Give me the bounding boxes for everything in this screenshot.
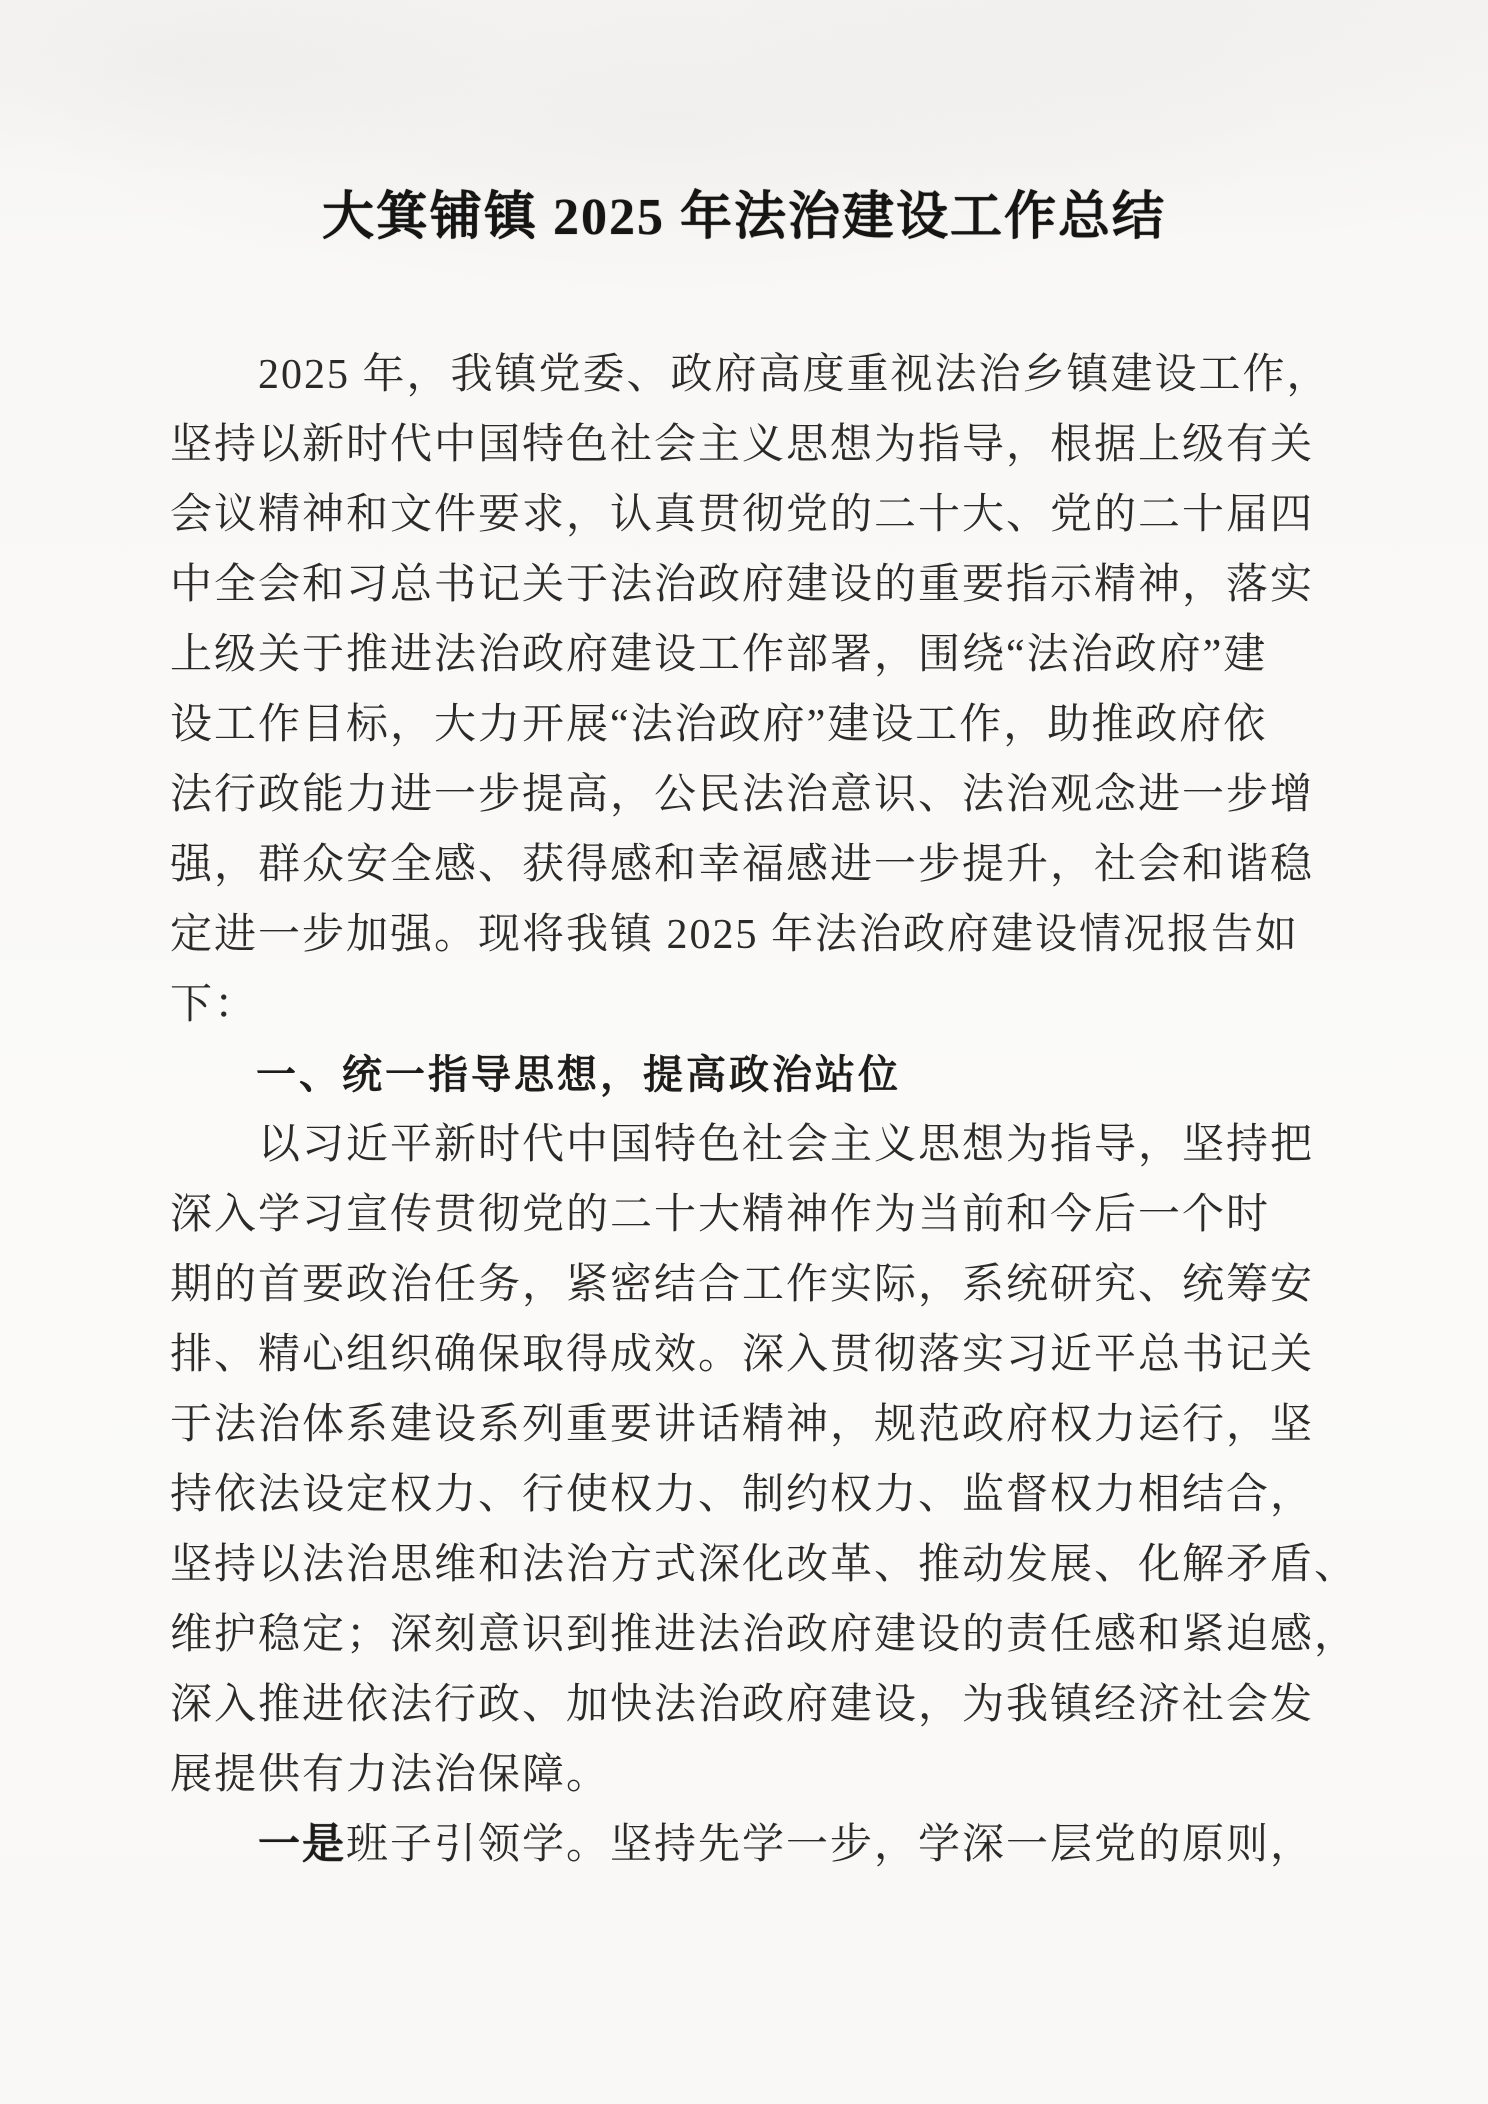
body-text-line: 定进一步加强。现将我镇 2025 年法治政府建设情况报告如 xyxy=(170,900,1320,970)
scanned-document-page: 大箕铺镇 2025 年法治建设工作总结 2025 年，我镇党委、政府高度重视法治… xyxy=(0,0,1488,2104)
text-segment: 于法治体系建设系列重要讲话精神，规范政府权力运行，坚 xyxy=(170,1402,1314,1448)
document-title: 大箕铺镇 2025 年法治建设工作总结 xyxy=(0,188,1488,248)
body-text-line: 坚持以法治思维和法治方式深化改革、推动发展、化解矛盾、 xyxy=(170,1530,1320,1600)
text-segment: 一、统一指导思想，提高政治站位 xyxy=(170,1053,901,1097)
body-text-line: 于法治体系建设系列重要讲话精神，规范政府权力运行，坚 xyxy=(170,1390,1320,1460)
bold-lead-text: 一是 xyxy=(258,1822,346,1868)
text-segment: 法行政能力进一步提高，公民法治意识、法治观念进一步增 xyxy=(170,772,1314,818)
body-text-line: 强，群众安全感、获得感和幸福感进一步提升，社会和谐稳 xyxy=(170,830,1320,900)
text-segment: 持依法设定权力、行使权力、制约权力、监督权力相结合， xyxy=(170,1472,1314,1518)
text-segment: 期的首要政治任务，紧密结合工作实际，系统研究、统筹安 xyxy=(170,1262,1314,1308)
body-text-line: 期的首要政治任务，紧密结合工作实际，系统研究、统筹安 xyxy=(170,1250,1320,1320)
text-segment: 下： xyxy=(170,982,258,1028)
text-segment: 维护稳定；深刻意识到推进法治政府建设的责任感和紧迫感， xyxy=(170,1612,1358,1658)
text-segment: 深入学习宣传贯彻党的二十大精神作为当前和今后一个时 xyxy=(170,1192,1270,1238)
body-text-line: 排、精心组织确保取得成效。深入贯彻落实习近平总书记关 xyxy=(170,1320,1320,1390)
text-segment: 以习近平新时代中国特色社会主义思想为指导，坚持把 xyxy=(170,1122,1314,1168)
text-segment: 定进一步加强。现将我镇 2025 年法治政府建设情况报告如 xyxy=(170,912,1299,958)
body-text-line: 一是班子引领学。坚持先学一步，学深一层党的原则， xyxy=(170,1810,1320,1880)
body-text-line: 上级关于推进法治政府建设工作部署，围绕“法治政府”建 xyxy=(170,620,1320,690)
text-segment xyxy=(170,1822,258,1868)
text-segment: 中全会和习总书记关于法治政府建设的重要指示精神，落实 xyxy=(170,562,1314,608)
body-text-line: 中全会和习总书记关于法治政府建设的重要指示精神，落实 xyxy=(170,550,1320,620)
text-segment: 设工作目标，大力开展“法治政府”建设工作，助推政府依 xyxy=(170,702,1267,748)
body-text-line: 以习近平新时代中国特色社会主义思想为指导，坚持把 xyxy=(170,1110,1320,1180)
body-text-line: 维护稳定；深刻意识到推进法治政府建设的责任感和紧迫感， xyxy=(170,1600,1320,1670)
text-segment: 坚持以新时代中国特色社会主义思想为指导，根据上级有关 xyxy=(170,422,1314,468)
body-text-line: 下： xyxy=(170,970,1320,1040)
text-segment: 排、精心组织确保取得成效。深入贯彻落实习近平总书记关 xyxy=(170,1332,1314,1378)
text-segment: 深入推进依法行政、加快法治政府建设，为我镇经济社会发 xyxy=(170,1682,1314,1728)
text-segment: 2025 年，我镇党委、政府高度重视法治乡镇建设工作， xyxy=(170,352,1331,398)
section-heading-line: 一、统一指导思想，提高政治站位 xyxy=(170,1040,1320,1110)
text-segment: 坚持以法治思维和法治方式深化改革、推动发展、化解矛盾、 xyxy=(170,1542,1358,1588)
body-text-line: 坚持以新时代中国特色社会主义思想为指导，根据上级有关 xyxy=(170,410,1320,480)
body-text-line: 深入学习宣传贯彻党的二十大精神作为当前和今后一个时 xyxy=(170,1180,1320,1250)
text-segment: 会议精神和文件要求，认真贯彻党的二十大、党的二十届四 xyxy=(170,492,1314,538)
text-segment: 班子引领学。坚持先学一步，学深一层党的原则， xyxy=(346,1822,1314,1868)
body-text-line: 持依法设定权力、行使权力、制约权力、监督权力相结合， xyxy=(170,1460,1320,1530)
text-segment: 强，群众安全感、获得感和幸福感进一步提升，社会和谐稳 xyxy=(170,842,1314,888)
body-text-line: 设工作目标，大力开展“法治政府”建设工作，助推政府依 xyxy=(170,690,1320,760)
body-text-line: 深入推进依法行政、加快法治政府建设，为我镇经济社会发 xyxy=(170,1670,1320,1740)
document-body: 2025 年，我镇党委、政府高度重视法治乡镇建设工作，坚持以新时代中国特色社会主… xyxy=(170,340,1320,1880)
text-segment: 展提供有力法治保障。 xyxy=(170,1752,610,1798)
body-text-line: 会议精神和文件要求，认真贯彻党的二十大、党的二十届四 xyxy=(170,480,1320,550)
text-segment: 上级关于推进法治政府建设工作部署，围绕“法治政府”建 xyxy=(170,632,1267,678)
body-text-line: 2025 年，我镇党委、政府高度重视法治乡镇建设工作， xyxy=(170,340,1320,410)
body-text-line: 法行政能力进一步提高，公民法治意识、法治观念进一步增 xyxy=(170,760,1320,830)
body-text-line: 展提供有力法治保障。 xyxy=(170,1740,1320,1810)
